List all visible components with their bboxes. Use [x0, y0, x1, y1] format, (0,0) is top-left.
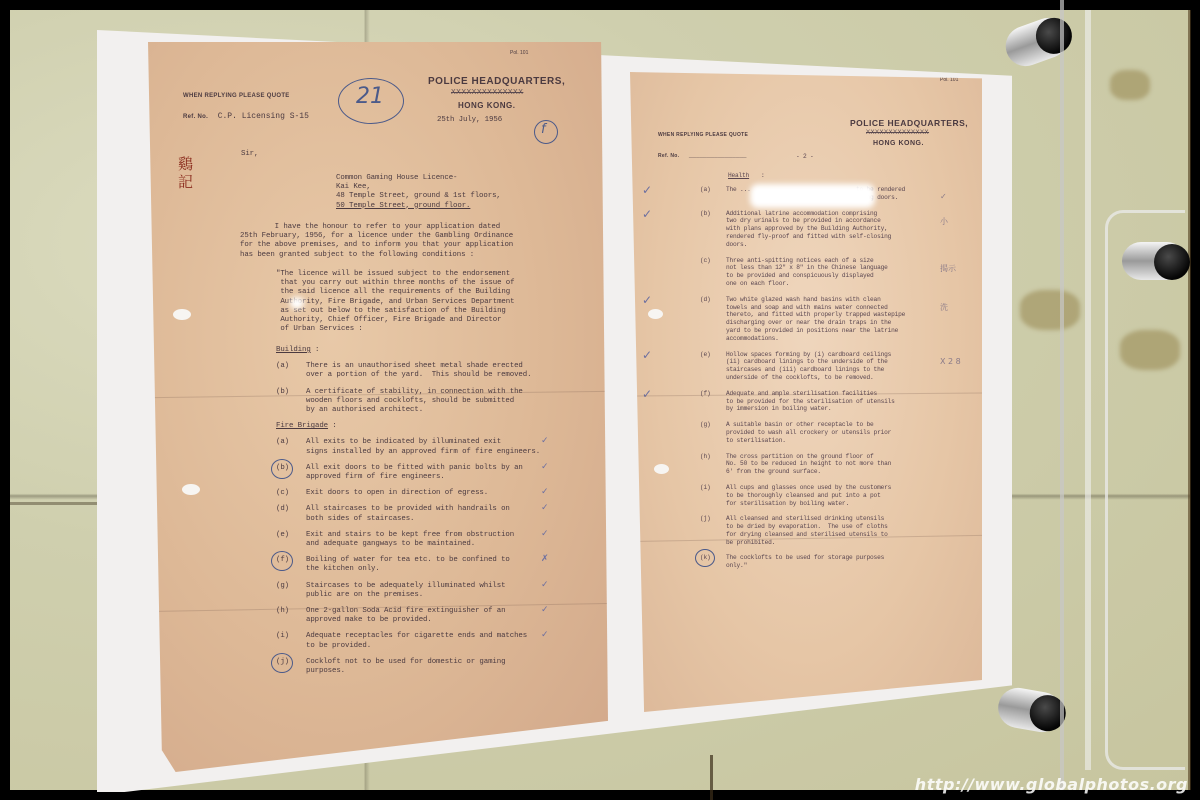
- condition-line: accommodations.: [726, 335, 905, 343]
- margin-annotation: 揭示: [940, 263, 956, 274]
- condition-line: to sterilisation.: [726, 437, 891, 445]
- ref-label: Ref. No.: [183, 114, 208, 120]
- condition-line: doors.: [726, 241, 891, 249]
- page-number: - 2 -: [796, 153, 814, 161]
- reply-quote-label: When replying please quote: [183, 93, 290, 99]
- condition-label: (e): [700, 351, 726, 382]
- condition-line: not less than 12" x 8" in the Chinese la…: [726, 264, 888, 272]
- condition-line: discharging over or near the drain traps…: [726, 319, 905, 327]
- condition-line: only.": [726, 562, 884, 570]
- watermark: http://www.globalphotos.org: [915, 775, 1188, 794]
- condition-text: Exit and stairs to be kept free from obs…: [306, 531, 514, 549]
- condition-line: All cleansed and sterilised drinking ute…: [726, 515, 888, 523]
- quote-line: of Urban Services :: [276, 325, 514, 334]
- condition-line: All staircases to be provided with handr…: [306, 505, 510, 514]
- checkmark-icon: ✓: [541, 580, 549, 590]
- condition-label: (c): [276, 489, 306, 498]
- condition-label: (a): [276, 362, 306, 380]
- condition-text: Three anti-spitting notices each of a si…: [726, 257, 888, 288]
- condition-item: (a)All exits to be indicated by illumina…: [276, 438, 606, 456]
- condition-text: The cross partition on the ground floor …: [726, 453, 891, 476]
- condition-line: the kitchen only.: [306, 565, 510, 574]
- condition-text: Cockloft not to be used for domestic or …: [306, 658, 505, 676]
- condition-item: (b)All exit doors to be fitted with pani…: [276, 464, 606, 482]
- acrylic-frame-edge: [1085, 10, 1091, 770]
- condition-label: (g): [276, 582, 306, 600]
- condition-line: Three anti-spitting notices each of a si…: [726, 257, 888, 265]
- condition-label: (b): [276, 464, 306, 482]
- condition-line: Additional latrine accommodation compris…: [726, 210, 891, 218]
- condition-line: Two white glazed wash hand basins with c…: [726, 296, 905, 304]
- health-conditions-list: ✓(a)The ... to be rendered ing doors.✓✓(…: [700, 186, 980, 578]
- quote-line: "The licence will be issued subject to t…: [276, 270, 514, 279]
- light-glare: [290, 297, 304, 309]
- condition-line: rendered fly-proof and fitted with self-…: [726, 233, 891, 241]
- letter-page-1: Pol. 101 When replying please quote Ref.…: [148, 42, 608, 772]
- quoted-conditions-intro: "The licence will be issued subject to t…: [276, 270, 514, 334]
- health-condition-item: ✓(b)Additional latrine accommodation com…: [700, 210, 980, 249]
- health-condition-item: ✓(e)Hollow spaces forming by (i) cardboa…: [700, 351, 980, 382]
- health-condition-item: (h)The cross partition on the ground flo…: [700, 453, 980, 476]
- condition-label: (e): [276, 531, 306, 549]
- condition-line: staircases and (iii) cardboard linings t…: [726, 366, 891, 374]
- margin-annotation: 小: [940, 216, 948, 227]
- condition-line: by immersion in boiling water.: [726, 405, 895, 413]
- punch-hole: [182, 484, 200, 495]
- cross-mark-icon: ✗: [541, 554, 549, 564]
- condition-label: (b): [700, 210, 726, 249]
- condition-label: (d): [276, 505, 306, 523]
- reference-line: Ref. No. C.P. Licensing S-15: [183, 105, 309, 123]
- reference-line: Ref. No. ________________: [658, 144, 747, 162]
- section-heading-health: Health: [728, 172, 749, 180]
- checkmark-icon: ✓: [541, 529, 549, 539]
- letter-date: 25th July, 1956: [437, 116, 502, 125]
- margin-annotation: X 2 8: [940, 357, 961, 366]
- condition-label: (a): [700, 186, 726, 202]
- condition-label: (k): [700, 554, 726, 570]
- section-heading-text: Fire Brigade: [276, 422, 328, 430]
- health-condition-item: (c)Three anti-spitting notices each of a…: [700, 257, 980, 288]
- intro-line: 25th February, 1956, for a licence under…: [240, 232, 513, 241]
- intro-paragraph: I have the honour to refer to your appli…: [240, 223, 513, 260]
- condition-line: All cups and glasses once used by the cu…: [726, 484, 891, 492]
- intro-line: has been granted subject to the followin…: [240, 251, 513, 260]
- light-glare: [750, 184, 875, 208]
- condition-line: Staircases to be adequately illuminated …: [306, 582, 505, 591]
- condition-line: one on each floor.: [726, 280, 888, 288]
- condition-text: All exit doors to be fitted with panic b…: [306, 464, 523, 482]
- checkmark-icon: ✓: [541, 605, 549, 615]
- condition-line: provided to wash all crockery or utensil…: [726, 429, 891, 437]
- condition-line: There is an unauthorised sheet metal sha…: [306, 362, 531, 371]
- condition-line: Exit and stairs to be kept free from obs…: [306, 531, 514, 540]
- acrylic-frame-mount: [1105, 210, 1185, 770]
- ref-label: Ref. No.: [658, 153, 679, 159]
- condition-label: (j): [276, 658, 306, 676]
- ref-value: C.P. Licensing S-15: [218, 112, 309, 121]
- condition-line: A suitable basin or other receptacle to …: [726, 421, 891, 429]
- section-heading: Fire Brigade :: [276, 422, 606, 431]
- condition-text: All cleansed and sterilised drinking ute…: [726, 515, 888, 546]
- health-condition-item: (g)A suitable basin or other receptacle …: [700, 421, 980, 444]
- condition-line: signs installed by an approved firm of f…: [306, 448, 540, 457]
- condition-line: All exit doors to be fitted with panic b…: [306, 464, 523, 473]
- checkmark-icon: ✓: [642, 293, 652, 307]
- condition-label: (f): [276, 556, 306, 574]
- checkmark-icon: ✓: [642, 207, 652, 221]
- letterhead-city: HONG KONG.: [458, 101, 515, 110]
- condition-line: by an authorised architect.: [306, 406, 523, 415]
- condition-line: Boiling of water for tea etc. to be conf…: [306, 556, 510, 565]
- letterhead-title: POLICE HEADQUARTERS,: [850, 118, 968, 128]
- subject-line: Kai Kee,: [336, 183, 501, 192]
- quote-line: the said licence all the requirements of…: [276, 288, 514, 297]
- condition-line: to be provided.: [306, 642, 527, 651]
- condition-line: All exits to be indicated by illuminated…: [306, 438, 540, 447]
- page-mark-handwritten: f: [541, 122, 546, 137]
- condition-label: (d): [700, 296, 726, 343]
- punch-hole: [648, 309, 663, 319]
- condition-text: All staircases to be provided with handr…: [306, 505, 510, 523]
- condition-text: Hollow spaces forming by (i) cardboard c…: [726, 351, 891, 382]
- condition-text: Adequate receptacles for cigarette ends …: [306, 632, 527, 650]
- health-condition-item: ✓(d)Two white glazed wash hand basins wi…: [700, 296, 980, 343]
- salutation: Sir,: [241, 150, 258, 159]
- condition-line: approved make to be provided.: [306, 616, 505, 625]
- quote-line: as set out below to the satisfaction of …: [276, 307, 514, 316]
- condition-item: (h)One 2-gallon Soda Acid fire extinguis…: [276, 607, 606, 625]
- subject-line: 48 Temple Street, ground & 1st floors,: [336, 192, 501, 201]
- condition-line: to be dried by evaporation. The use of c…: [726, 523, 888, 531]
- letterhead-struck-line: XXXXXXXXXXXXXX: [866, 130, 929, 136]
- subject-block: Common Gaming House Licence-Kai Kee,48 T…: [336, 174, 501, 211]
- wall-stain: [1020, 290, 1080, 330]
- condition-line: No. 50 to be reduced in height to not mo…: [726, 460, 891, 468]
- condition-item: (j)Cockloft not to be used for domestic …: [276, 658, 606, 676]
- condition-text: Exit doors to open in direction of egres…: [306, 489, 488, 498]
- intro-line: I have the honour to refer to your appli…: [240, 223, 513, 232]
- condition-line: public are on the premises.: [306, 591, 505, 600]
- condition-label: (b): [276, 388, 306, 416]
- letterhead-city: HONG KONG.: [873, 140, 924, 147]
- file-number-handwritten: 21: [356, 84, 384, 109]
- condition-text: All exits to be indicated by illuminated…: [306, 438, 540, 456]
- letterhead-title: POLICE HEADQUARTERS,: [428, 76, 565, 87]
- checkmark-icon: ✓: [541, 462, 549, 472]
- condition-line: both sides of staircases.: [306, 515, 510, 524]
- margin-annotation: ✓: [940, 192, 947, 201]
- frame-standoff-bolt: [1122, 242, 1186, 280]
- condition-label: (f): [700, 390, 726, 413]
- condition-line: approved firm of fire engineers.: [306, 473, 523, 482]
- health-condition-item: (j)All cleansed and sterilised drinking …: [700, 515, 980, 546]
- condition-line: to be thoroughly cleansed and put into a…: [726, 492, 891, 500]
- condition-line: Exit doors to open in direction of egres…: [306, 489, 488, 498]
- subject-line: 50 Temple Street, ground floor.: [336, 202, 501, 211]
- condition-label: (a): [276, 438, 306, 456]
- condition-line: The cocklofts to be used for storage pur…: [726, 554, 884, 562]
- condition-item: (i)Adequate receptacles for cigarette en…: [276, 632, 606, 650]
- condition-item: (c)Exit doors to open in direction of eg…: [276, 489, 606, 498]
- condition-line: and adequate gangways to be maintained.: [306, 540, 514, 549]
- chinese-annotation: 鷄記: [178, 155, 196, 191]
- pen-circle-mark: [271, 551, 293, 571]
- condition-line: (ii) cardboard linings to the underside …: [726, 358, 891, 366]
- condition-text: A suitable basin or other receptacle to …: [726, 421, 891, 444]
- checkmark-icon: ✓: [642, 348, 652, 362]
- wall-stain: [1110, 70, 1150, 100]
- checkmark-icon: ✓: [541, 630, 549, 640]
- condition-line: wooden floors and cocklofts, should be s…: [306, 397, 523, 406]
- subject-line: Common Gaming House Licence-: [336, 174, 501, 183]
- condition-label: (i): [700, 484, 726, 507]
- condition-label: (i): [276, 632, 306, 650]
- condition-line: thereto, and fitted with properly trappe…: [726, 311, 905, 319]
- condition-line: towels and soap and with mains water con…: [726, 304, 905, 312]
- quote-line: Authority, Chief Officer, Fire Brigade a…: [276, 316, 514, 325]
- condition-line: two dry urinals to be provided in accord…: [726, 217, 891, 225]
- condition-text: Two white glazed wash hand basins with c…: [726, 296, 905, 343]
- health-condition-item: (i)All cups and glasses once used by the…: [700, 484, 980, 507]
- acrylic-frame-edge: [1060, 0, 1064, 790]
- condition-label: (h): [276, 607, 306, 625]
- pen-circle-mark: [695, 549, 715, 567]
- condition-label: (j): [700, 515, 726, 546]
- punch-hole: [654, 464, 669, 474]
- condition-line: 6' from the ground surface.: [726, 468, 891, 476]
- condition-line: with plans approved by the Building Auth…: [726, 225, 891, 233]
- condition-line: underside of the cocklofts, to be remove…: [726, 374, 891, 382]
- reply-quote-label: When replying please quote: [658, 132, 748, 138]
- quote-line: Authority, Fire Brigade, and Urban Servi…: [276, 298, 514, 307]
- condition-text: There is an unauthorised sheet metal sha…: [306, 362, 531, 380]
- checkmark-icon: ✓: [642, 183, 652, 197]
- condition-label: (h): [700, 453, 726, 476]
- condition-line: yard to be provided in positions near th…: [726, 327, 905, 335]
- pen-circle-mark: [271, 459, 293, 479]
- condition-label: (g): [700, 421, 726, 444]
- checkmark-icon: ✓: [541, 487, 549, 497]
- form-number: Pol. 101: [510, 50, 528, 56]
- condition-item: (g)Staircases to be adequately illuminat…: [276, 582, 606, 600]
- tile-grout-line: [710, 755, 713, 800]
- condition-text: Additional latrine accommodation compris…: [726, 210, 891, 249]
- margin-annotation: 洗: [940, 302, 948, 313]
- intro-line: for the above premises, and to inform yo…: [240, 241, 513, 250]
- condition-text: Staircases to be adequately illuminated …: [306, 582, 505, 600]
- ref-value: ________________: [689, 152, 747, 159]
- checkmark-icon: ✓: [642, 387, 652, 401]
- condition-line: for sterilisation by boiling water.: [726, 500, 891, 508]
- letter-page-2: Pol. 101 When replying please quote Ref.…: [630, 72, 982, 712]
- condition-item: (f)Boiling of water for tea etc. to be c…: [276, 556, 606, 574]
- health-condition-item: (k)The cocklofts to be used for storage …: [700, 554, 980, 570]
- condition-text: All cups and glasses once used by the cu…: [726, 484, 891, 507]
- section-heading-text: Building: [276, 346, 311, 354]
- condition-line: Hollow spaces forming by (i) cardboard c…: [726, 351, 891, 359]
- condition-line: purposes.: [306, 667, 505, 676]
- condition-item: (d)All staircases to be provided with ha…: [276, 505, 606, 523]
- condition-text: The cocklofts to be used for storage pur…: [726, 554, 884, 570]
- condition-label: (c): [700, 257, 726, 288]
- condition-text: Boiling of water for tea etc. to be conf…: [306, 556, 510, 574]
- punch-hole: [173, 309, 191, 320]
- condition-line: to be provided for the sterilisation of …: [726, 398, 895, 406]
- condition-line: to be provided and conspicuously display…: [726, 272, 888, 280]
- section-heading: Building :: [276, 346, 606, 355]
- condition-line: Adequate receptacles for cigarette ends …: [306, 632, 527, 641]
- heading-colon: :: [761, 172, 765, 180]
- quote-line: that you carry out within three months o…: [276, 279, 514, 288]
- condition-item: (a)There is an unauthorised sheet metal …: [276, 362, 606, 380]
- page-mark-circle: [534, 120, 558, 144]
- pen-circle-mark: [271, 653, 293, 673]
- letterhead-struck-line: XXXXXXXXXXXXXX: [451, 89, 523, 96]
- condition-line: The cross partition on the ground floor …: [726, 453, 891, 461]
- condition-text: One 2-gallon Soda Acid fire extinguisher…: [306, 607, 505, 625]
- checkmark-icon: ✓: [541, 436, 549, 446]
- condition-line: over a portion of the yard. This should …: [306, 371, 531, 380]
- condition-line: Cockloft not to be used for domestic or …: [306, 658, 505, 667]
- condition-item: (e)Exit and stairs to be kept free from …: [276, 531, 606, 549]
- checkmark-icon: ✓: [541, 503, 549, 513]
- tile-grout-line: [1188, 10, 1191, 790]
